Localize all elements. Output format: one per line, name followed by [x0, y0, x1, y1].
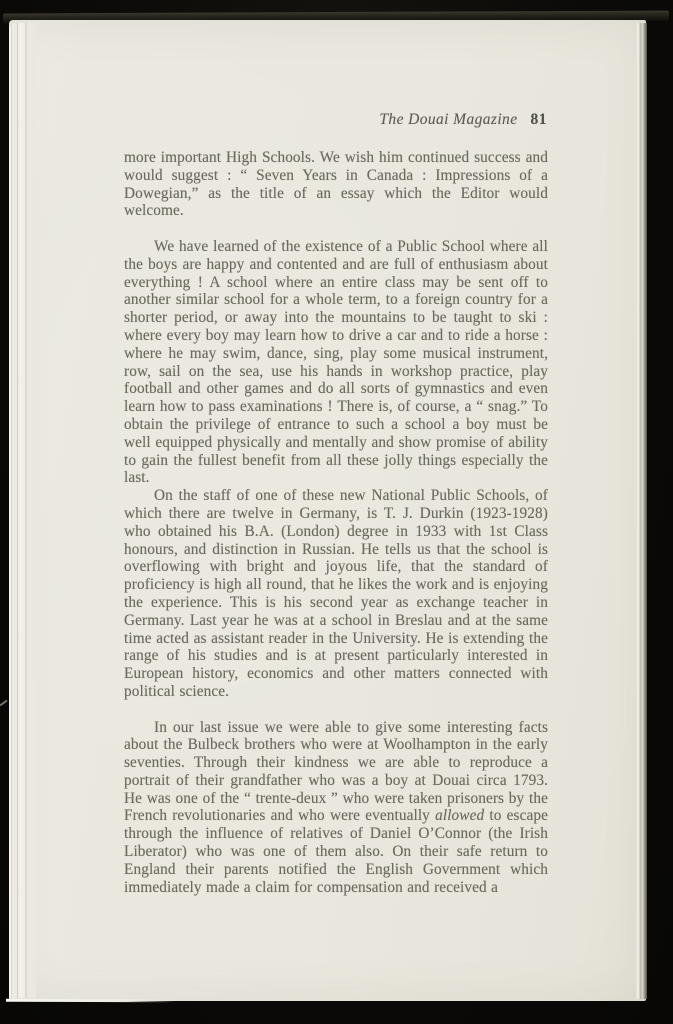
page-right-edge: [636, 23, 647, 999]
page-number: 81: [531, 110, 548, 129]
page-stack-fore-edge: [9, 23, 36, 998]
paragraph-4: In our last issue we were able to give s…: [124, 719, 548, 897]
page-text-block: The Douai Magazine 81 more important Hig…: [124, 110, 548, 896]
paragraph-3: On the staff of one of these new Nationa…: [124, 487, 548, 701]
scan-scratch-mark: [0, 700, 8, 707]
paragraph-1: more important High Schools. We wish him…: [124, 149, 548, 220]
paragraph-2: We have learned of the existence of a Pu…: [124, 238, 548, 487]
page-bottom-edge-highlight: [6, 999, 176, 1003]
book-scan-background: The Douai Magazine 81 more important Hig…: [0, 0, 673, 1024]
paragraph-4-italic-word: allowed: [435, 807, 484, 824]
running-header: The Douai Magazine 81: [124, 110, 547, 129]
magazine-title: The Douai Magazine: [379, 110, 517, 129]
